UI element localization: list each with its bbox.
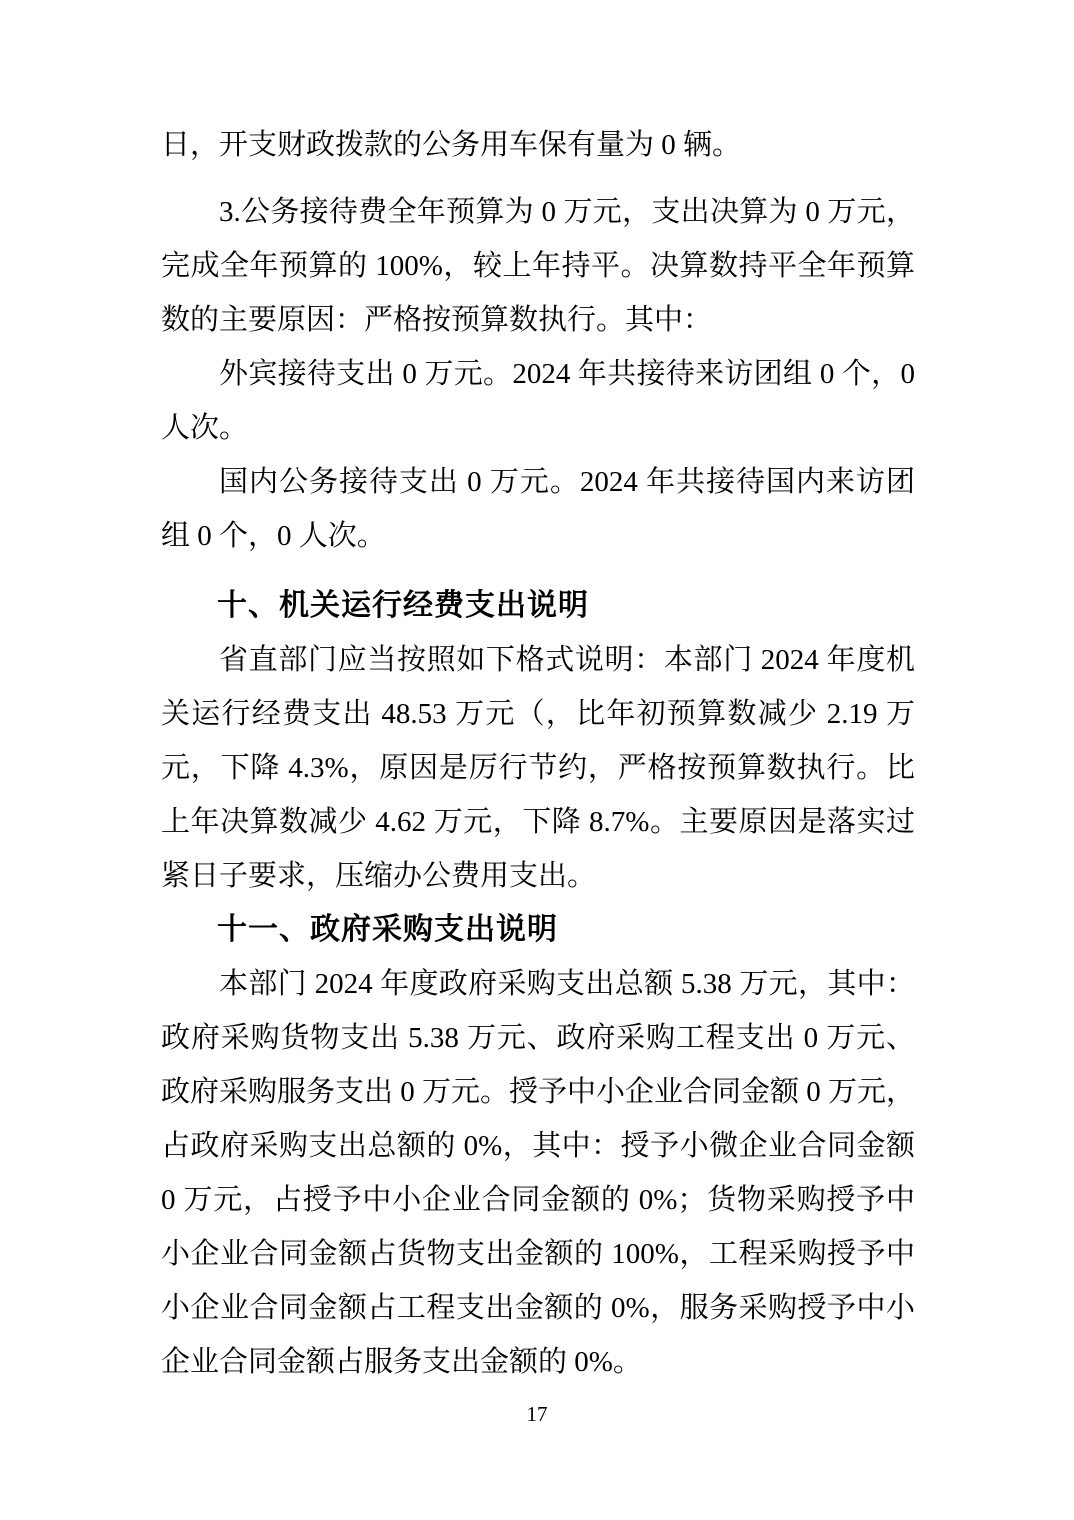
heading-section-11-government-procurement: 十一、政府采购支出说明 — [161, 903, 915, 957]
paragraph-operating-expenses-detail: 省直部门应当按照如下格式说明：本部门 2024 年度机关运行经费支出 48.53… — [161, 633, 915, 903]
document-content: 日，开支财政拨款的公务用车保有量为 0 辆。 3.公务接待费全年预算为 0 万元… — [161, 118, 915, 1389]
paragraph-domestic-reception: 国内公务接待支出 0 万元。2024 年共接待国内来访团组 0 个，0 人次。 — [161, 455, 915, 563]
document-page: 日，开支财政拨款的公务用车保有量为 0 辆。 3.公务接待费全年预算为 0 万元… — [0, 0, 1074, 1520]
paragraph-vehicle-count-continuation: 日，开支财政拨款的公务用车保有量为 0 辆。 — [161, 118, 915, 172]
heading-section-10-operating-expenses: 十、机关运行经费支出说明 — [161, 579, 915, 633]
page-number: 17 — [0, 1402, 1074, 1427]
paragraph-government-procurement-detail: 本部门 2024 年度政府采购支出总额 5.38 万元，其中：政府采购货物支出 … — [161, 957, 915, 1389]
paragraph-foreign-guest-reception: 外宾接待支出 0 万元。2024 年共接待来访团组 0 个，0 人次。 — [161, 347, 915, 455]
paragraph-official-reception-budget: 3.公务接待费全年预算为 0 万元，支出决算为 0 万元，完成全年预算的 100… — [161, 185, 915, 347]
